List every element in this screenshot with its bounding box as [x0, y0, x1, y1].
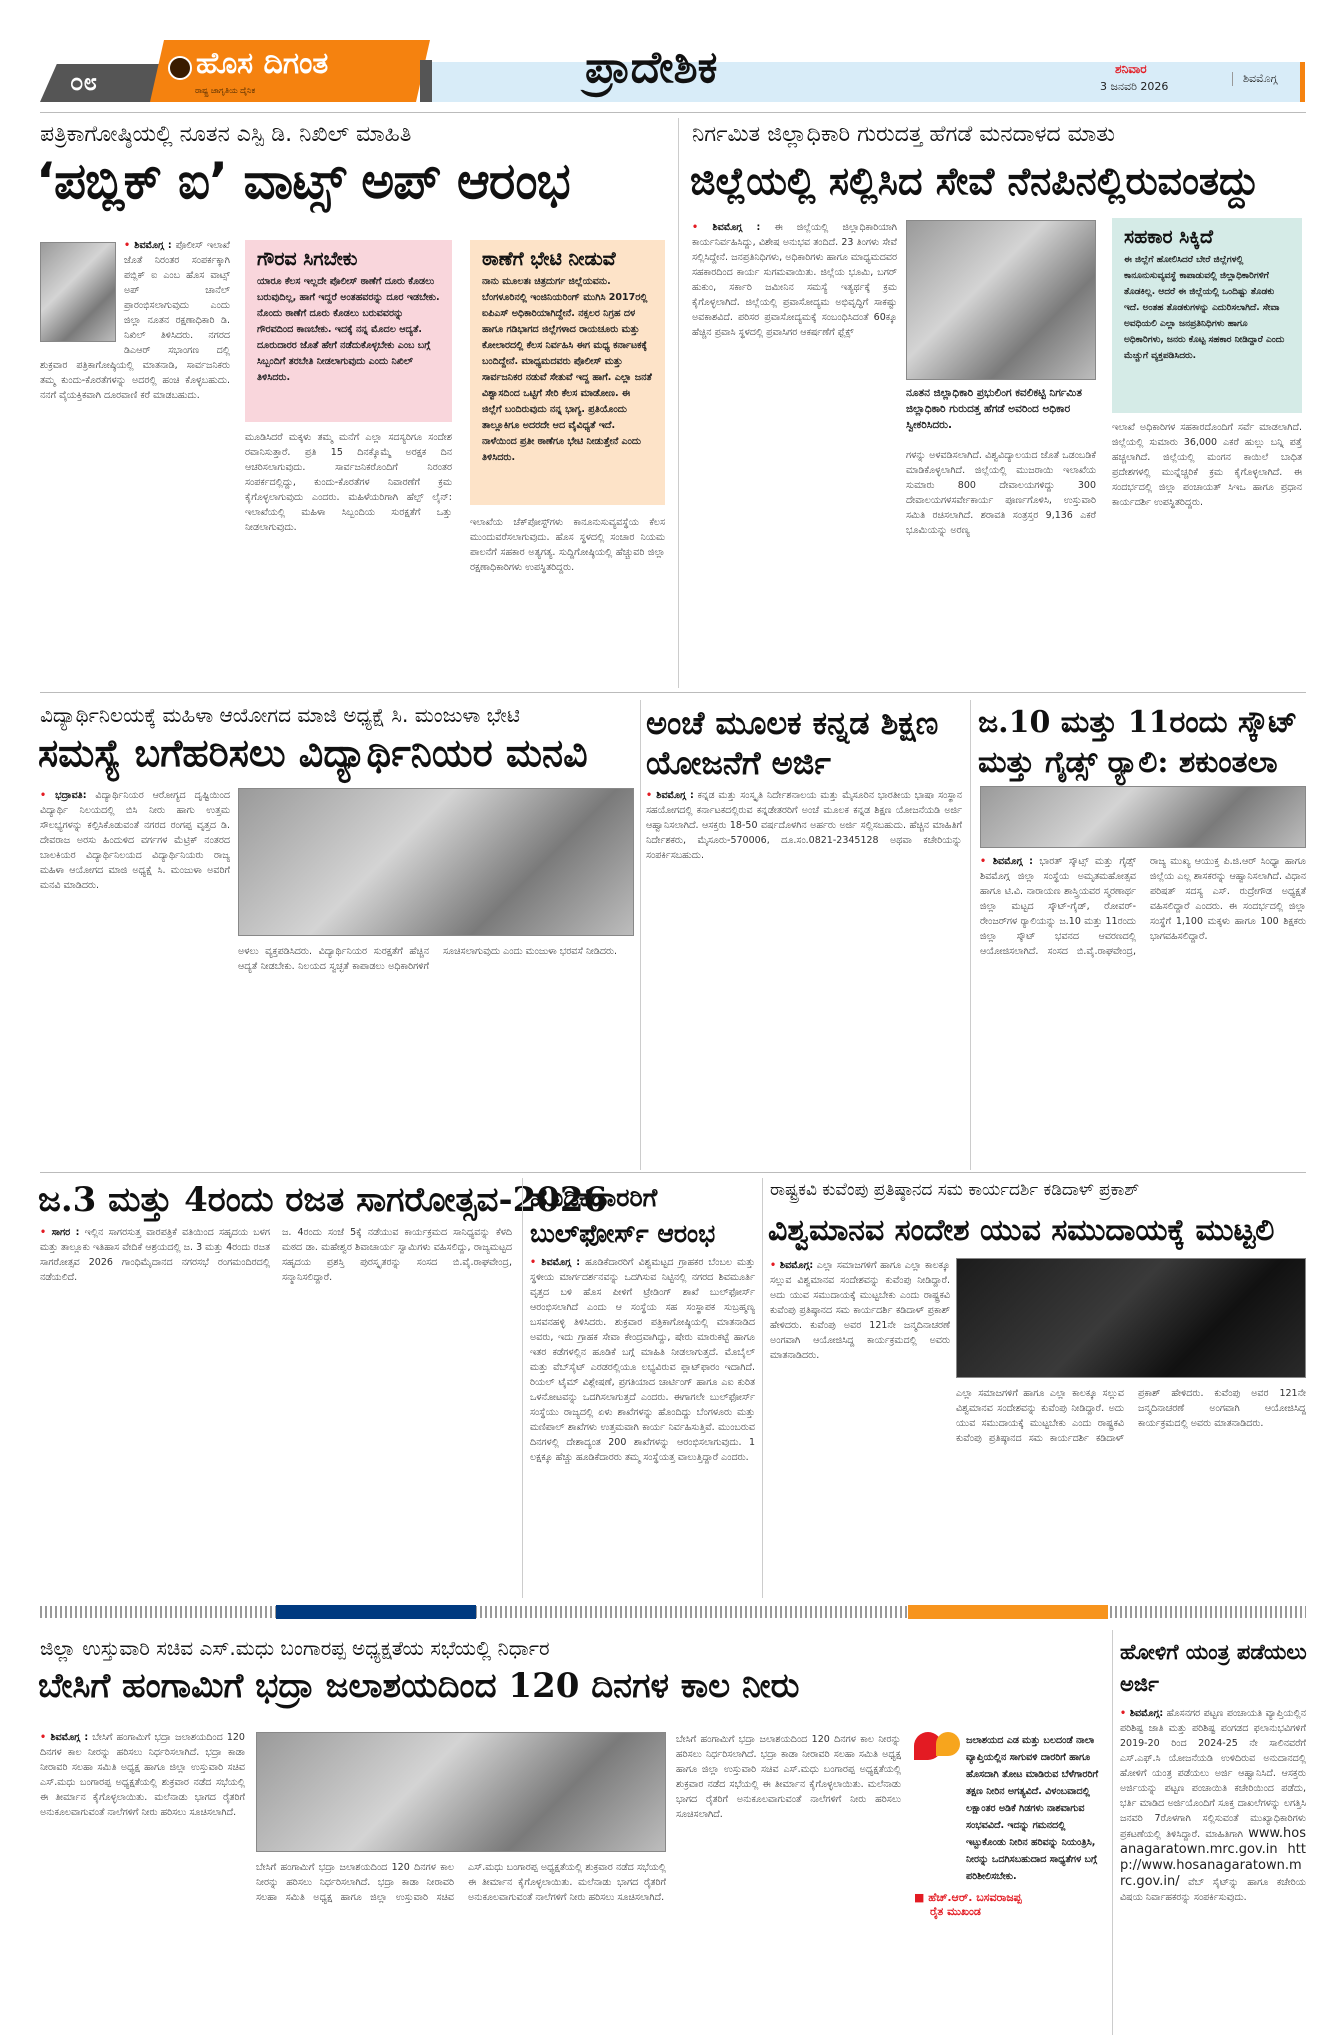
dateline: ಭದ್ರಾವತಿ: [40, 790, 87, 801]
article-body: ಶಿವಮೊಗ್ಗ: ಹೊಸನಗರ ಪಟ್ಟಣ ಪಂಚಾಯತಿ ವ್ಯಾಪ್ತಿಯ… [1120, 1706, 1306, 2034]
lamp-icon [168, 56, 192, 80]
article-text: ಗಳನ್ನು ಅಳವಡಿಸಲಾಗಿದೆ. ವಿಶ್ವವಿದ್ಯಾಲಯದ ಜೊತೆ… [906, 448, 1096, 688]
article-kicker: ವಿದ್ಯಾರ್ಥಿನಿಲಯಕ್ಕೆ ಮಹಿಳಾ ಆಯೋಗದ ಮಾಜಿ ಅಧ್ಯ… [40, 703, 520, 727]
article-text: ಭಾರತ್ ಸ್ಕೌಟ್ಸ್ ಮತ್ತು ಗೈಡ್ಸ್ ಶಿವಮೊಗ್ಗ ಜಿಲ… [980, 856, 1306, 957]
article-body: ಶಿವಮೊಗ್ಗ : ಭಾರತ್ ಸ್ಕೌಟ್ಸ್ ಮತ್ತು ಗೈಡ್ಸ್ ಶ… [980, 854, 1306, 1168]
divider-blue-block [276, 1605, 476, 1619]
dateline: ಸಾಗರ : [40, 1227, 79, 1238]
article-headline[interactable]: ಜ.10 ಮತ್ತು 11ರಂದು ಸ್ಕೌಟ್ ಮತ್ತು ಗೈಡ್ಸ್ ರ‍… [978, 703, 1308, 783]
column-divider [640, 700, 641, 1170]
column-divider [762, 1178, 763, 1598]
dateline: ಶಿವಮೊಗ್ಗ : [980, 856, 1033, 867]
dateline: ಶಿವಮೊಗ್ಗ: [770, 1260, 813, 1271]
article-text: ಹೊಸನಗರ ಪಟ್ಟಣ ಪಂಚಾಯತಿ ವ್ಯಾಪ್ತಿಯಲ್ಲಿನ ಪರಿಶ… [1120, 1708, 1306, 1840]
divider [40, 692, 1306, 693]
pull-quote: ಜಲಾಶಯದ ಎಡ ಮತ್ತು ಬಲದಂಡೆ ನಾಲಾ ವ್ಯಾಪ್ತಿಯಲ್ಲ… [914, 1732, 1104, 1919]
sidebar-box: ಗೌರವ ಸಿಗಬೇಕು ಯಾರೂ ಕೆಲಸ ಇಲ್ಲದೇ ಪೊಲೀಸ್ ಠಾಣ… [245, 240, 452, 422]
article-text: ಬೇಸಿಗೆ ಹಂಗಾಮಿಗೆ ಭದ್ರಾ ಜಲಾಶಯದಿಂದ 120 ದಿನಗ… [256, 1860, 666, 2030]
meeting-photo [256, 1732, 666, 1852]
dateline: ಶಿವಮೊಗ್ಗ : [692, 222, 760, 233]
article-body: ಭದ್ರಾವತಿ: ವಿದ್ಯಾರ್ಥಿನಿಯರ ಆರೋಗ್ಯದ ದೃಷ್ಟಿಯ… [40, 788, 230, 1168]
page-number: ೦೮ [40, 64, 160, 102]
box-title: ಠಾಣೆಗೆ ಭೇಟಿ ನೀಡುವೆ [482, 248, 653, 270]
article-headline[interactable]: ಹೋಳಿಗೆ ಯಂತ್ರ ಪಡೆಯಲು ಅರ್ಜಿ [1120, 1636, 1310, 1700]
group-photo [238, 788, 634, 936]
article-headline[interactable]: ‘ಪಬ್ಲಿಕ್ ಐ’ ವಾಟ್ಸ್ ಅಪ್ ಆರಂಭ [36, 152, 570, 211]
edition-city: ಶಿವಮೊಗ್ಗ [1232, 72, 1277, 86]
box-text: ಯಾರೂ ಕೆಲಸ ಇಲ್ಲದೇ ಪೊಲೀಸ್ ಠಾಣೆಗೆ ದೂರು ಕೊಡಲ… [257, 274, 440, 386]
article-text: ಮೂಡಿಸಿದರೆ ಮಕ್ಕಳು ತಮ್ಮ ಮನೆಗೆ ಎಲ್ಲಾ ಸದಸ್ಯರ… [245, 430, 452, 680]
dateline: ಶಿವಮೊಗ್ಗ : [124, 240, 172, 251]
article-headline[interactable]: ಅಂಚೆ ಮೂಲಕ ಕನ್ನಡ ಶಿಕ್ಷಣ ಯೋಜನೆಗೆ ಅರ್ಜಿ [646, 703, 966, 783]
article-text: ಇಲಾಖೆ ಅಧಿಕಾರಿಗಳ ಸಹಕಾರದೊಂದಿಗೆ ಸರ್ವೆ ಮಾಡಲಾ… [1112, 420, 1302, 688]
article-headline[interactable]: ಹೂಡಿಕೆದಾರರಿಗೆ ಬುಲ್‌ಫೋರ್ಸ್ ಆರಂಭ [530, 1180, 758, 1252]
column-divider [678, 118, 679, 688]
box-title: ಸಹಕಾರ ಸಿಕ್ಕಿದೆ [1124, 226, 1290, 248]
article-body: ಶಿವಮೊಗ್ಗ : ಹೂಡಿಕೆದಾರರಿಗೆ ವಿಶ್ವಮಟ್ಟದ ಗ್ರಾ… [530, 1255, 755, 1600]
article-text: ಎಲ್ಲಾ ಸಮಾಜಗಳಿಗೆ ಹಾಗೂ ಎಲ್ಲಾ ಕಾಲಕ್ಕೂ ಸಲ್ಲು… [770, 1260, 950, 1361]
article-kicker: ಪತ್ರಿಕಾಗೋಷ್ಠಿಯಲ್ಲಿ ನೂತನ ಎಸ್ಪಿ ಡಿ. ನಿಖಿಲ್… [40, 122, 411, 147]
article-text: ಜ. 4ರಂದು ಸಂಜೆ 5ಕ್ಕೆ ನಡೆಯುವ ಕಾರ್ಯಕ್ರಮದ ಸಾ… [282, 1225, 512, 1600]
brand-tagline: ರಾಷ್ಟ್ರ ಜಾಗೃತಿಯ ದೈನಿಕ [195, 86, 255, 96]
dateline: ಶಿವಮೊಗ್ಗ: [1120, 1708, 1163, 1719]
box-title: ಗೌರವ ಸಿಗಬೇಕು [257, 248, 440, 270]
brand-edge [420, 60, 432, 102]
handover-photo [906, 220, 1096, 380]
issue-day: ಶನಿವಾರ [1115, 62, 1147, 77]
article-body: ಸಾಗರ : ಇಲ್ಲಿನ ಸಾಗರಸುತ್ತ ವಾರಪತ್ರಿಕೆ ವತಿಯಿ… [40, 1225, 270, 1600]
article-body: ಶಿವಮೊಗ್ಗ: ಎಲ್ಲಾ ಸಮಾಜಗಳಿಗೆ ಹಾಗೂ ಎಲ್ಲಾ ಕಾಲ… [770, 1258, 950, 1598]
issue-date: 3 ಜನವರಿ 2026 [1100, 80, 1168, 94]
article-kicker: ಜಿಲ್ಲಾ ಉಸ್ತುವಾರಿ ಸಚಿವ ಎಸ್.ಮಧು ಬಂಗಾರಪ್ಪ ಅ… [40, 1636, 550, 1660]
article-text: ಇಲಾಖೆಯ ಚೆಕ್‌ಪೋಸ್ಟ್‌ಗಳು ಕಾನೂನುಸುವ್ಯವಸ್ಥೆಯ… [470, 515, 665, 685]
article-body: ಶಿವಮೊಗ್ಗ : ಪೊಲೀಸ್ ಇಲಾಖೆ ಜೊತೆ ನಿರಂತರ ಸಂಪರ… [40, 238, 230, 683]
quote-author: ■ ಹೆಚ್.ಆರ್. ಬಸವರಾಜಪ್ಪ [914, 1891, 1104, 1905]
sidebar-box: ಠಾಣೆಗೆ ಭೇಟಿ ನೀಡುವೆ ನಾನು ಮೂಲತಃ ಚಿತ್ರದುರ್ಗ… [470, 240, 665, 505]
divider-orange-block [908, 1605, 1108, 1619]
article-headline[interactable]: ವಿಶ್ವಮಾನವ ಸಂದೇಶ ಯುವ ಸಮುದಾಯಕ್ಕೆ ಮುಟ್ಟಲಿ [768, 1213, 1274, 1248]
masthead-accent [1300, 62, 1305, 102]
column-divider [1112, 1630, 1113, 2035]
article-text: ವಿದ್ಯಾರ್ಥಿನಿಯರ ಆರೋಗ್ಯದ ದೃಷ್ಟಿಯಿಂದ ವಿದ್ಯಾ… [40, 790, 230, 891]
brand-name: ಹೊಸ ದಿಗಂತ [196, 46, 328, 81]
column-divider [970, 700, 971, 1170]
brand-logo: ಹೊಸ ದಿಗಂತ [150, 40, 430, 102]
article-text: ಹೂಡಿಕೆದಾರರಿಗೆ ವಿಶ್ವಮಟ್ಟದ ಗ್ರಾಹಕರ ಬೆಂಬಲ ಮ… [530, 1257, 755, 1463]
photo-caption: ನೂತನ ಜಿಲ್ಲಾಧಿಕಾರಿ ಪ್ರಭುಲಿಂಗ ಕವಲಿಕಟ್ಟಿ ನಿ… [906, 385, 1096, 433]
quote-mark-icon [936, 1732, 960, 1756]
article-text: ಈ ಜಿಲ್ಲೆಯಲ್ಲಿ ಜಿಲ್ಲಾಧಿಕಾರಿಯಾಗಿ ಕಾರ್ಯನಿರ್… [692, 222, 897, 338]
dateline: ಶಿವಮೊಗ್ಗ : [40, 1732, 88, 1743]
section-divider [40, 1606, 1306, 1618]
dais-photo [980, 786, 1306, 848]
divider [40, 112, 1306, 113]
article-headline[interactable]: ಸಮಸ್ಯೆ ಬಗೆಹರಿಸಲು ವಿದ್ಯಾರ್ಥಿನಿಯರ ಮನವಿ [38, 730, 588, 776]
sidebar-box: ಸಹಕಾರ ಸಿಕ್ಕಿದೆ ಈ ಜಿಲ್ಲೆಗೆ ಹೋಲಿಸಿದರೆ ಬೇರೆ… [1112, 218, 1302, 413]
article-headline[interactable]: ಜಿಲ್ಲೆಯಲ್ಲಿ ಸಲ್ಲಿಸಿದ ಸೇವೆ ನೆನಪಿನಲ್ಲಿರುವಂ… [690, 158, 1259, 204]
article-text: ಬೇಸಿಗೆ ಹಂಗಾಮಿಗೆ ಭದ್ರಾ ಜಲಾಶಯದಿಂದ 120 ದಿನಗ… [676, 1732, 901, 2030]
quote-author-role: ರೈತ ಮುಖಂಡ [914, 1905, 1104, 1919]
article-text: ಎಲ್ಲಾ ಸಮಾಜಗಳಿಗೆ ಹಾಗೂ ಎಲ್ಲಾ ಕಾಲಕ್ಕೂ ಸಲ್ಲು… [956, 1386, 1306, 1598]
divider [40, 1172, 1306, 1173]
article-body: ಶಿವಮೊಗ್ಗ : ಕನ್ನಡ ಮತ್ತು ಸಂಸ್ಕೃತಿ ನಿರ್ದೇಶನ… [646, 788, 962, 1168]
box-text: ನಾನು ಮೂಲತಃ ಚಿತ್ರದುರ್ಗ ಜಿಲ್ಲೆಯವನು. ಬೆಂಗಳೂ… [482, 274, 653, 466]
article-kicker: ರಾಷ್ಟ್ರಕವಿ ಕುವೆಂಪು ಪ್ರತಿಷ್ಠಾನದ ಸಮ ಕಾರ್ಯದ… [770, 1180, 1139, 1200]
stage-photo [956, 1258, 1306, 1378]
article-text: ಬೇಸಿಗೆ ಹಂಗಾಮಿಗೆ ಭದ್ರಾ ಜಲಾಶಯದಿಂದ 120 ದಿನಗ… [40, 1732, 245, 1818]
sp-portrait-photo [40, 242, 116, 342]
article-body: ಶಿವಮೊಗ್ಗ : ಬೇಸಿಗೆ ಹಂಗಾಮಿಗೆ ಭದ್ರಾ ಜಲಾಶಯದಿ… [40, 1730, 245, 2030]
article-body: ಶಿವಮೊಗ್ಗ : ಈ ಜಿಲ್ಲೆಯಲ್ಲಿ ಜಿಲ್ಲಾಧಿಕಾರಿಯಾಗ… [692, 220, 897, 690]
article-text: ಅಳಲು ವ್ಯಕ್ತಪಡಿಸಿದರು. ವಿದ್ಯಾರ್ಥಿನಿಯರ ಸುರಕ… [238, 944, 634, 1168]
column-divider [522, 1178, 523, 1598]
section-title: ಪ್ರಾದೇಶಿಕ [585, 42, 717, 93]
article-headline[interactable]: ಬೇಸಿಗೆ ಹಂಗಾಮಿಗೆ ಭದ್ರಾ ಜಲಾಶಯದಿಂದ 120 ದಿನಗ… [38, 1666, 799, 1706]
article-kicker: ನಿರ್ಗಮಿತ ಜಿಲ್ಲಾಧಿಕಾರಿ ಗುರುದತ್ತ ಹೆಗಡೆ ಮನದ… [692, 122, 1115, 147]
box-text: ಈ ಜಿಲ್ಲೆಗೆ ಹೋಲಿಸಿದರೆ ಬೇರೆ ಜಿಲ್ಲೆಗಳಲ್ಲಿ ಕ… [1124, 252, 1290, 364]
dateline: ಶಿವಮೊಗ್ಗ : [646, 790, 694, 801]
article-text: ಕನ್ನಡ ಮತ್ತು ಸಂಸ್ಕೃತಿ ನಿರ್ದೇಶನಾಲಯ ಮತ್ತು ಮ… [646, 790, 962, 861]
dateline: ಶಿವಮೊಗ್ಗ : [530, 1257, 580, 1268]
